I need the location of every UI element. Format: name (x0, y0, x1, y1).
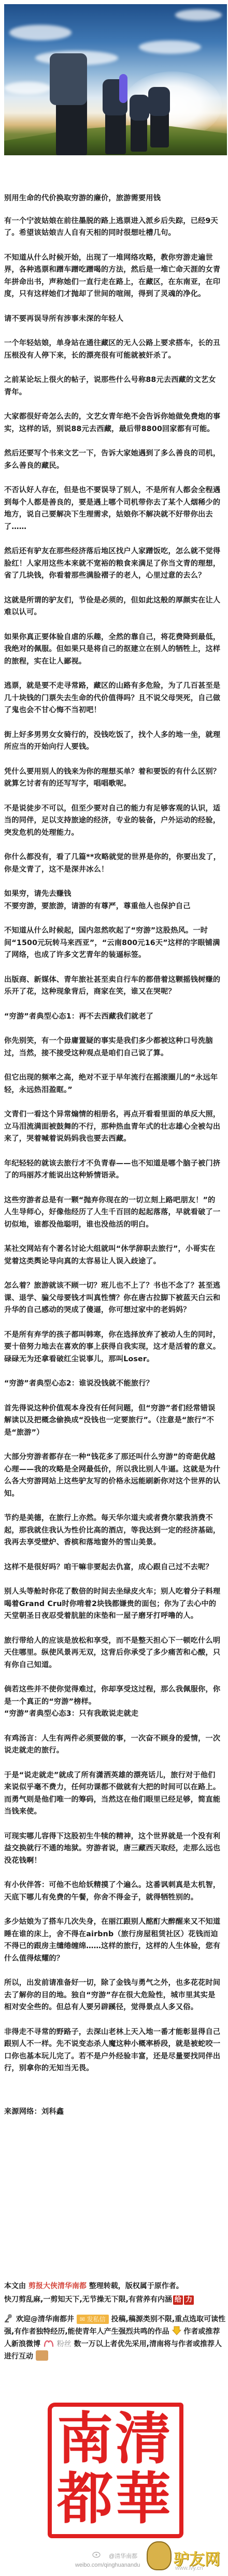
paragraph: 文青们一看这个异常煽情的相册名，再点开看看里面的单反大照，立马泪流满面被鼓舞的不… (4, 1109, 222, 1145)
seal-char: 華 (115, 2471, 171, 2527)
paragraph: 不是所有弃学的孩子都叫韩寒，你在选择放弃了被动人生的同时，要十倍努力地去在喜欢的… (4, 1329, 222, 1366)
paragraph: 凭什么要用别人的钱来为你的理想买单？着和要饭的有什么区别？就算乞讨者有的还写写字… (4, 766, 222, 790)
section-heading: 请不要再误导所有涉事未深的年轻人 (4, 313, 222, 326)
weibo-fans-icon (43, 2338, 54, 2348)
lvy-url-watermark: www.lvy.cn (175, 2565, 203, 2571)
paragraph: 不是说徒步不可以，但至少要对自己的能力有足够客观的认识，适当的同伴，足以支持旅途… (4, 803, 222, 840)
paragraph: 怎么着？旅游就该不顾一切？班儿也不上了？书也不念了？甚至逃课、退学、骗父母要钱才… (4, 1280, 222, 1317)
geili-badge-icon: 力 (184, 2295, 194, 2305)
paragraph: 倘若这些并不使你觉得难过，你却享受这过程，那么我佩服你，你是一个真正的“穷游”榜… (4, 1684, 222, 1720)
geili-badge-icon: 给 (173, 2295, 183, 2305)
paragraph: 非得走不寻常的野路子，去深山老林上天入地一番才能彰显得自己跟别人不一样。先不说变… (4, 2026, 222, 2075)
paragraph: 大部分穷游者都存在一种“钱花多了那还叫什么穷游”的奇葩优越心理——我的攻略是全网… (4, 1451, 222, 1500)
weibo-url-watermark: weibo.com/qinghuanandu (75, 2562, 140, 2568)
paragraph: 年纪轻轻的就该去旅行才不负青春——也不知道是哪个脑子被门挤了的玛丽苏才能说出这种… (4, 1158, 222, 1182)
paragraph: 你什么都没有，看了几篇**攻略就觉的世界是你的，你要出发了，你是文青了，这不是深… (4, 851, 222, 876)
paragraph: 不知道从什么时候起，国内忽然吹起了“穷游”这股热风。一时间“1500元玩转马来西… (4, 925, 222, 962)
paragraph: 你先别笑，有一个毋庸置疑的事实是我们多少都被这种口号洗脑过，当然，接不接受这种观… (4, 1035, 222, 1059)
paragraph: 街上好多男男女女骑行的，没钱吃饭了，找个人多的地一坐，就理所应当的开始向行人要钱… (4, 729, 222, 754)
qinghua-nandu-seal-logo: 清 華 南 都 (48, 2403, 183, 2538)
paragraph: 可现实哪儿容得下这股初生牛犊的精神，这个世界就是一个没有利益交换就行不通的地狱。… (4, 1831, 222, 1867)
article-heading: 别用生命的代价换取穷游的廉价，旅游需要用钱 (4, 193, 222, 205)
send-message-button[interactable]: ✉ 发私信 (77, 2315, 109, 2324)
paragraph: 然后还要写个书来文艺一下，告诉大家她遇到了多么善良的司机，多么善良的藏民。 (4, 448, 222, 472)
paragraph: 但它出现的频率之高，绝对不亚于早年流行在摇滚圈儿的“永远年轻，永远热泪盈眶。” (4, 1072, 222, 1096)
microphone-icon (4, 2314, 13, 2323)
section-heading: 如果穷，请先去赚钱 不要穷游，要旅游，请游的有尊严，尊重他人也保护自己 (4, 888, 222, 912)
seal-char: 都 (57, 2471, 113, 2527)
section-heading: “穷游”者典型心态1：再不去西藏我们就老了 (4, 1011, 222, 1023)
paragraph: 不知道从什么时候开始，出现了一堆网络攻略，教你穷游走遍世界，各种逃票和蹭车蹭吃蹭… (4, 252, 222, 301)
source-line: 来源网络：刘科鑫 (4, 2106, 222, 2118)
emoticon-icon (36, 2350, 48, 2361)
paragraph: 然后还有驴友在那些经济落后地区找户人家蹭饭吃，怎么就不觉得脸红！人家用这些本来就… (4, 546, 222, 582)
credit-line-2: 快刀剪乱麻,一剪知天下,无节操无下限,有营养有内涵给力 (4, 2293, 227, 2306)
paragraph: 这些穷游者总是有一颗“抛弃你现在的一切立刻上路吧朋友！”的人生导师心，好像他经历… (4, 1195, 222, 1231)
paragraph: 旅行带给人的应该是放松和享受，而不是整天担心下一顿吃什么明天住哪里。纵使风景再无… (4, 1635, 222, 1672)
credit-line-3: 欢迎@清华南都井 ✉ 发私信 投稿,稿源类别不限,重点选取可读性强,有作者独特经… (4, 2313, 227, 2363)
weibo-logo-icon (92, 2551, 102, 2559)
paragraph: 逃票，就是要不走寻常路，藏区的山路有多危险，为了几百甚至是几十块钱的门票失去生命… (4, 680, 222, 717)
donkey-mascot-icon (147, 2541, 172, 2570)
paragraph: 大家都很好奇怎么去的，文艺女青年绝不会告诉你她做免费炮的事实，这样的话，别说88… (4, 411, 222, 435)
seal-char: 清 (115, 2411, 171, 2467)
paragraph: 某社交网站有个著名讨论大组就叫“休学辞职去旅行”，小哥实在觉着这类舆论导向真的太… (4, 1243, 222, 1268)
weibo-handle-watermark: @清华南都 (109, 2552, 137, 2560)
paragraph: 不否认好人存在，但是也不要误导了别人，不是所有人都会全程遇到每个人都是善良的，要… (4, 484, 222, 533)
paragraph: 之前某论坛上很火的帖子，说那些什么号称88元去西藏的文艺女青年。 (4, 374, 222, 399)
paragraph: 有小伙伴答：可他不也给妖精摸了个遍么。这番讽刺真是太机智，天底下哪儿有免费的午餐… (4, 1879, 222, 1904)
paragraph: 出版商、新媒体、青年旅社甚至卖自行车的都借着这颗摇钱树赚的乐开了花，这种现象背后… (4, 974, 222, 998)
paragraph: 于是“说走就走”就成了所有潇洒英雄的漂亮话儿，旅行对于他们来说似乎毫不费力，任何… (4, 1770, 222, 1818)
paragraph: 有一个宁波姑娘在前往墨脱的路上逃票进入派乡后失踪，已经9天了。希望该姑娘吉人自有… (4, 215, 222, 240)
paragraph: 如果你真正要体验自虐的乐趣，全然的靠自己，将花费降到最低，我绝对的佩服。但如果只… (4, 631, 222, 668)
paragraph: 节约是美德，在旅行上亦然。每天华尔道夫或者费尔蒙我消费不起，那我就住我认为性价比… (4, 1512, 222, 1549)
level-5-arrow-icon (172, 2326, 181, 2335)
paragraph: 这就是所谓的驴友们，节俭是必须的，但如此这般的厚颜实在让人难以认可。 (4, 595, 222, 619)
seal-char: 南 (57, 2411, 113, 2467)
paragraph: 所以，出发前请准备好一切，除了金钱与勇气之外，也多花花时间去了解你的目的地。独自… (4, 1977, 222, 2014)
author-link[interactable]: 剪报大侠清华南都 (28, 2282, 87, 2290)
paragraph: 多少姑娘为了搭车几次失身，在丽江跟别人酩酊大醉醒来又不知道睡在谁的床上，舍不得在… (4, 1916, 222, 1965)
hero-image (4, 4, 227, 155)
section-heading: “穷游”者典型心态2：谁说没钱就不能旅行？ (4, 1378, 222, 1390)
credit-block: 本文由 剪报大侠清华南都 整理转载，版权属于原作者。 快刀剪乱麻,一剪知天下,无… (4, 2280, 227, 2363)
paragraph: 一个年轻姑娘，单身站在通往藏区的无人公路上要求搭车，长的丑压根没有人停下来，长的… (4, 337, 222, 362)
credit-line-1: 本文由 剪报大侠清华南都 整理转载，版权属于原作者。 (4, 2280, 227, 2292)
paragraph: 这样不是很好吗？咱干嘛非要起去仇富，成心跟自己过不去呢？ (4, 1562, 222, 1574)
paragraph: 首先得说这种价值观本身没有任何问题，但“穷游”者们经常错误解读以及把概念偷换成“… (4, 1403, 222, 1439)
paragraph: 别人头等舱时你花了数倍的时间去坐绿皮火车；别人吃着分子料理喝着Grand Cru… (4, 1586, 222, 1623)
article-body: 别用生命的代价换取穷游的廉价，旅游需要用钱 有一个宁波姑娘在前往墨脱的路上逃票进… (4, 193, 222, 2118)
paragraph: 有鸡汤言：人生有两件必须要做的事，一次奋不顾身的爱情，一次说走就走的旅行。 (4, 1733, 222, 1757)
